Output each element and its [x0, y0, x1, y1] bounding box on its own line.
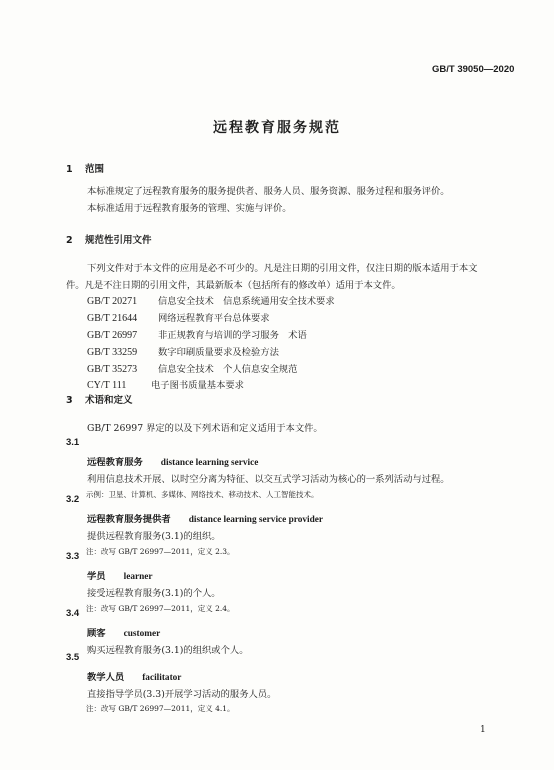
term-definition: 提供远程教育服务(3.1)的组织。	[87, 528, 221, 542]
term-heading: 教学人员facilitator	[87, 669, 181, 683]
reference-title: 电子图书质量基本要求	[151, 380, 244, 391]
document-title: 远程教育服务规范	[0, 117, 554, 137]
section-title: 规范性引用文件	[85, 235, 152, 246]
paragraph: 下列文件对于本文件的应用是必不可少的。凡是注日期的引用文件，仅注日期的版本适用于…	[87, 260, 477, 274]
term-heading: 远程教育服务distance learning service	[87, 454, 258, 468]
reference-code: GB/T 35273	[87, 364, 158, 375]
reference-item: GB/T 21644网络远程教育平台总体要求	[87, 310, 270, 324]
section-2-heading: 2规范性引用文件	[66, 232, 152, 246]
section-number: 3	[66, 395, 85, 406]
term-en: distance learning service	[161, 458, 259, 468]
reference-item: GB/T 35273信息安全技术 个人信息安全规范	[87, 361, 297, 375]
section-number: 2	[66, 235, 85, 246]
paragraph: 本标准规定了远程教育服务的服务提供者、服务人员、服务资源、服务过程和服务评价。	[87, 183, 450, 197]
reference-title: 非正规教育与培训的学习服务 术语	[158, 330, 307, 341]
term-example: 示例：卫星、计算机、多媒体、网络技术、移动技术、人工智能技术。	[86, 489, 319, 500]
reference-title: 信息安全技术 信息系统通用安全技术要求	[158, 296, 335, 307]
term-note: 注：改写 GB/T 26997—2011，定义 4.1。	[86, 703, 235, 714]
paragraph: 件。凡是不注日期的引用文件，其最新版本（包括所有的修改单）适用于本文件。	[66, 277, 401, 291]
term-zh: 学员	[87, 571, 106, 582]
reference-item: CY/T 111电子图书质量基本要求	[87, 377, 244, 391]
term-note: 注：改写 GB/T 26997—2011，定义 2.3。	[86, 546, 235, 557]
term-en: facilitator	[142, 673, 181, 683]
term-heading: 远程教育服务提供者distance learning service provi…	[87, 511, 323, 525]
term-note: 注：改写 GB/T 26997—2011，定义 2.4。	[86, 603, 235, 614]
clause-number: 3.4	[66, 608, 79, 619]
clause-number: 3.5	[66, 652, 79, 663]
term-zh: 顾客	[87, 628, 106, 639]
clause-number: 3.2	[66, 494, 79, 505]
term-en: customer	[124, 629, 161, 639]
reference-code: GB/T 26997	[87, 330, 158, 341]
section-title: 范围	[85, 164, 104, 175]
reference-code: GB/T 33259	[87, 347, 158, 358]
page-number: 1	[480, 725, 486, 735]
reference-title: 数字印刷质量要求及检验方法	[158, 347, 279, 358]
clause-number: 3.3	[66, 551, 79, 562]
term-en: distance learning service provider	[189, 515, 323, 525]
term-definition: 接受远程教育服务(3.1)的个人。	[87, 585, 221, 599]
section-3-heading: 3术语和定义	[66, 392, 133, 406]
term-heading: 顾客customer	[87, 625, 160, 639]
reference-title: 信息安全技术 个人信息安全规范	[158, 364, 297, 375]
term-definition: 利用信息技术开展、以时空分离为特征、以交互式学习活动为核心的一系列活动与过程。	[87, 471, 450, 485]
reference-code: GB/T 21644	[87, 313, 158, 324]
reference-code: CY/T 111	[87, 380, 151, 391]
paragraph: GB/T 26997 界定的以及下列术语和定义适用于本文件。	[87, 420, 323, 434]
reference-item: GB/T 33259数字印刷质量要求及检验方法	[87, 344, 279, 358]
reference-title: 网络远程教育平台总体要求	[158, 313, 270, 324]
section-title: 术语和定义	[85, 395, 133, 406]
term-definition: 购买远程教育服务(3.1)的组织或个人。	[87, 642, 249, 656]
paragraph: 本标准适用于远程教育服务的管理、实施与评价。	[87, 200, 292, 214]
standard-code: GB/T 39050—2020	[432, 64, 514, 75]
section-number: 1	[66, 164, 85, 175]
term-en: learner	[124, 572, 153, 582]
reference-code: GB/T 20271	[87, 296, 158, 307]
reference-item: GB/T 26997非正规教育与培训的学习服务 术语	[87, 327, 307, 341]
clause-number: 3.1	[66, 437, 79, 448]
reference-item: GB/T 20271信息安全技术 信息系统通用安全技术要求	[87, 293, 335, 307]
term-zh: 远程教育服务提供者	[87, 514, 171, 525]
term-zh: 教学人员	[87, 672, 124, 683]
term-definition: 直接指导学员(3.3)开展学习活动的服务人员。	[87, 686, 276, 700]
term-heading: 学员learner	[87, 568, 153, 582]
section-1-heading: 1范围	[66, 161, 104, 175]
term-zh: 远程教育服务	[87, 457, 143, 468]
